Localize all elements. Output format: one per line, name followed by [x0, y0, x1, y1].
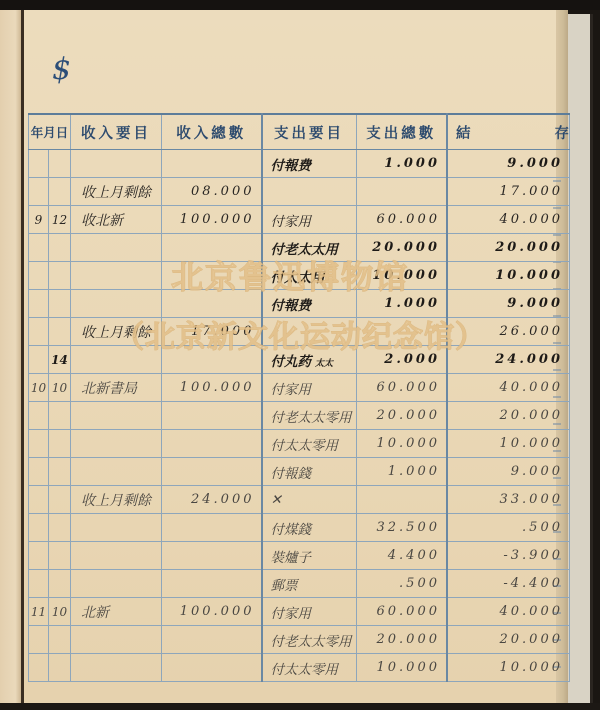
ledger-row: 郵票.500-4.400 [29, 570, 570, 598]
expense-item: 付太太零用 [262, 430, 357, 458]
expense-item: 付家用 [262, 206, 357, 234]
ledger-row: 付報费1.0009.000 [29, 290, 570, 318]
expense-item: 付太太零用 [262, 654, 357, 682]
expense-item: 付太太用 [262, 262, 357, 290]
balance-amount: 33.000 [447, 486, 570, 514]
income-amount [162, 290, 262, 318]
date-month [29, 542, 49, 570]
income-item [71, 514, 162, 542]
expense-amount: 32.500 [356, 514, 447, 542]
income-amount [162, 150, 262, 178]
date-day [49, 290, 71, 318]
ledger-row: 付太太用10.00010.000 [29, 262, 570, 290]
expense-amount: 1.000 [356, 290, 447, 318]
date-day [49, 542, 71, 570]
ledger-row: 付報錢1.0009.000 [29, 458, 570, 486]
balance-amount: 17.000 [447, 178, 570, 206]
date-day [49, 570, 71, 598]
expense-item: 付老太太零用 [262, 626, 357, 654]
expense-amount: 10.000 [356, 262, 447, 290]
income-amount: 100.000 [162, 598, 262, 626]
balance-amount: 40.000 [447, 598, 570, 626]
balance-amount: 20.000 [447, 402, 570, 430]
date-day [49, 514, 71, 542]
date-month [29, 150, 49, 178]
date-month [29, 654, 49, 682]
expense-amount: 60.000 [356, 598, 447, 626]
ledger-row: 收上月剩餘24.000✕33.000 [29, 486, 570, 514]
date-day [49, 486, 71, 514]
ledger-row: 付老太太用20.00020.000 [29, 234, 570, 262]
balance-amount: 9.000 [447, 150, 570, 178]
income-amount: 17.000 [162, 318, 262, 346]
expense-amount: 4.400 [356, 542, 447, 570]
date-month: 10 [29, 374, 49, 402]
expense-amount: 20.000 [356, 234, 447, 262]
header-balance: 結存 [447, 114, 570, 150]
date-day [49, 430, 71, 458]
balance-amount: 26.000 [447, 318, 570, 346]
date-month [29, 262, 49, 290]
balance-amount: -3.900 [447, 542, 570, 570]
income-amount [162, 514, 262, 542]
date-month [29, 346, 49, 374]
income-amount [162, 542, 262, 570]
date-day [49, 150, 71, 178]
expense-item: 付報费 [262, 150, 357, 178]
income-item [71, 458, 162, 486]
income-item: 收上月剩餘 [71, 178, 162, 206]
expense-amount [356, 318, 447, 346]
expense-amount [356, 486, 447, 514]
date-day: 12 [49, 206, 71, 234]
header-date: 年月日 [29, 114, 71, 150]
date-day [49, 318, 71, 346]
ledger-row: 付煤錢32.500.500 [29, 514, 570, 542]
expense-amount: 60.000 [356, 374, 447, 402]
date-day: 10 [49, 374, 71, 402]
income-amount [162, 626, 262, 654]
header-income-total: 收入總數 [162, 114, 262, 150]
expense-amount: 10.000 [356, 430, 447, 458]
expense-item: 付老太太零用 [262, 402, 357, 430]
income-item [71, 430, 162, 458]
date-month [29, 178, 49, 206]
expense-amount: 1.000 [356, 150, 447, 178]
income-amount: 100.000 [162, 374, 262, 402]
income-item [71, 262, 162, 290]
income-item [71, 290, 162, 318]
income-amount: 100.000 [162, 206, 262, 234]
expense-item: 付報费 [262, 290, 357, 318]
balance-amount: 10.000 [447, 430, 570, 458]
income-item: 北新 [71, 598, 162, 626]
header-expense-item: 支出要目 [262, 114, 357, 150]
book-cover-edge [568, 14, 593, 704]
income-item [71, 234, 162, 262]
date-day [49, 654, 71, 682]
expense-item: 付報錢 [262, 458, 357, 486]
date-day [49, 178, 71, 206]
income-amount [162, 346, 262, 374]
date-month [29, 290, 49, 318]
ledger-row: 收上月剩餘17.00026.000 [29, 318, 570, 346]
date-day [49, 402, 71, 430]
expense-item [262, 178, 357, 206]
date-month [29, 402, 49, 430]
expense-item: 郵票 [262, 570, 357, 598]
income-item: 北新書局 [71, 374, 162, 402]
ledger-row: 付報费1.0009.000 [29, 150, 570, 178]
expense-amount: 10.000 [356, 654, 447, 682]
income-amount: 08.000 [162, 178, 262, 206]
date-month [29, 458, 49, 486]
expense-item: 付家用 [262, 374, 357, 402]
date-month [29, 234, 49, 262]
balance-amount: 20.000 [447, 626, 570, 654]
expense-amount: 1.000 [356, 458, 447, 486]
income-item [71, 150, 162, 178]
expense-amount: 2.000 [356, 346, 447, 374]
ledger-row: 1010北新書局100.000付家用60.00040.000 [29, 374, 570, 402]
income-item: 收上月剩餘 [71, 486, 162, 514]
balance-amount: 10.000 [447, 262, 570, 290]
expense-item: ✕ [262, 486, 357, 514]
expense-note: 太太 [315, 359, 333, 369]
income-item [71, 654, 162, 682]
date-day: 10 [49, 598, 71, 626]
income-amount [162, 402, 262, 430]
balance-amount: 10.000 [447, 654, 570, 682]
income-item [71, 346, 162, 374]
date-month [29, 570, 49, 598]
income-item [71, 570, 162, 598]
income-amount [162, 234, 262, 262]
ledger-row: 付太太零用10.00010.000 [29, 430, 570, 458]
income-amount [162, 430, 262, 458]
ledger-row: 付老太太零用20.00020.000 [29, 402, 570, 430]
ledger-row: 付老太太零用20.00020.000 [29, 626, 570, 654]
ledger-row: 收上月剩餘08.00017.000 [29, 178, 570, 206]
date-month [29, 514, 49, 542]
ledger-row: 裝爐子4.400-3.900 [29, 542, 570, 570]
left-page-edge [0, 10, 22, 710]
income-item: 收北新 [71, 206, 162, 234]
expense-item: 付老太太用 [262, 234, 357, 262]
income-amount [162, 262, 262, 290]
expense-item: 付家用 [262, 598, 357, 626]
income-item [71, 626, 162, 654]
date-day [49, 234, 71, 262]
ledger-row: 14付丸药太太2.00024.000 [29, 346, 570, 374]
date-day [49, 458, 71, 486]
income-amount [162, 654, 262, 682]
income-item: 收上月剩餘 [71, 318, 162, 346]
ledger-row: 912收北新100.000付家用60.00040.000 [29, 206, 570, 234]
ledger-body: 付報费1.0009.000收上月剩餘08.00017.000912收北新100.… [29, 150, 570, 682]
balance-amount: 9.000 [447, 458, 570, 486]
income-item [71, 542, 162, 570]
date-month [29, 626, 49, 654]
date-month [29, 486, 49, 514]
date-month: 11 [29, 598, 49, 626]
balance-amount: 40.000 [447, 206, 570, 234]
balance-amount: 24.000 [447, 346, 570, 374]
expense-item: 裝爐子 [262, 542, 357, 570]
balance-amount: .500 [447, 514, 570, 542]
expense-amount [356, 178, 447, 206]
date-day [49, 262, 71, 290]
expense-amount: 20.000 [356, 626, 447, 654]
expense-item: 付丸药太太 [262, 346, 357, 374]
ledger-row: 付太太零用10.00010.000 [29, 654, 570, 682]
header-income-item: 收入要目 [71, 114, 162, 150]
date-day: 14 [49, 346, 71, 374]
ledger-row: 1110北新100.000付家用60.00040.000 [29, 598, 570, 626]
income-amount [162, 570, 262, 598]
ledger-header-row: 年月日 收入要目 收入總數 支出要目 支出總數 結存 [29, 114, 570, 150]
header-expense-total: 支出總數 [356, 114, 447, 150]
expense-item: 付煤錢 [262, 514, 357, 542]
date-day [49, 626, 71, 654]
date-month [29, 318, 49, 346]
expense-amount: 20.000 [356, 402, 447, 430]
scan-bottom-edge [0, 703, 600, 710]
scan-top-edge [0, 0, 600, 10]
expense-item [262, 318, 357, 346]
expense-amount: 60.000 [356, 206, 447, 234]
date-month [29, 430, 49, 458]
expense-amount: .500 [356, 570, 447, 598]
balance-amount: 9.000 [447, 290, 570, 318]
balance-amount: 40.000 [447, 374, 570, 402]
account-ledger-table: 年月日 收入要目 收入總數 支出要目 支出總數 結存 付報费1.0009.000… [28, 113, 570, 682]
date-month: 9 [29, 206, 49, 234]
balance-amount: -4.400 [447, 570, 570, 598]
income-amount [162, 458, 262, 486]
balance-amount: 20.000 [447, 234, 570, 262]
income-amount: 24.000 [162, 486, 262, 514]
income-item [71, 402, 162, 430]
